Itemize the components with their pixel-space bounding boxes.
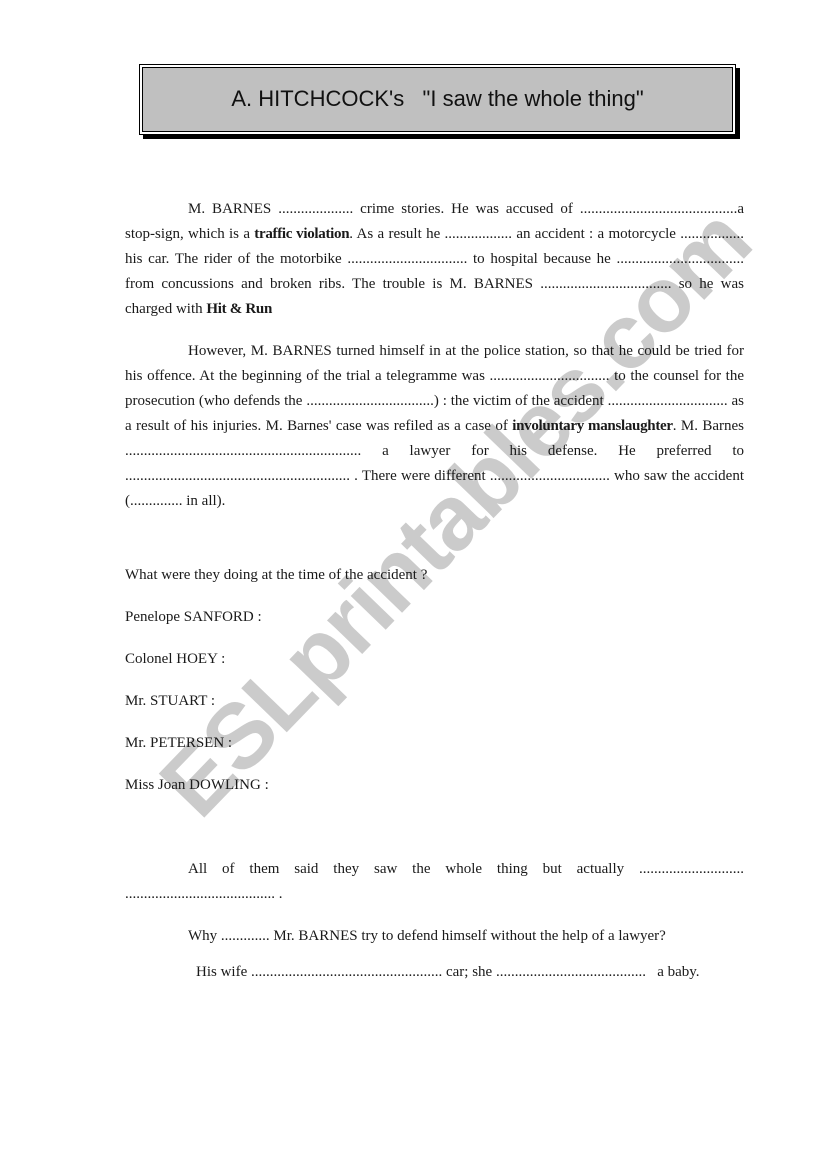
witness-petersen: Mr. PETERSEN : xyxy=(125,733,232,753)
conclusion-paragraph: All of them said they saw the whole thin… xyxy=(125,857,744,907)
title-box: A. HITCHCOCK's "I saw the whole thing" xyxy=(139,64,736,135)
worksheet-page: ESLprintables.com A. HITCHCOCK's "I saw … xyxy=(0,0,826,1169)
witness-sanford: Penelope SANFORD : xyxy=(125,607,262,627)
witness-dowling: Miss Joan DOWLING : xyxy=(125,775,269,795)
term-involuntary-manslaughter: involuntary manslaughter xyxy=(512,418,673,434)
why-question: Why ............. Mr. BARNES try to defe… xyxy=(188,926,666,946)
paragraph-1: M. BARNES .................... crime sto… xyxy=(125,197,744,322)
main-text: M. BARNES .................... crime sto… xyxy=(125,197,744,514)
page-title: A. HITCHCOCK's "I saw the whole thing" xyxy=(142,67,733,132)
question-heading: What were they doing at the time of the … xyxy=(125,565,427,585)
paragraph-2: However, M. BARNES turned himself in at … xyxy=(125,339,744,514)
witness-hoey: Colonel HOEY : xyxy=(125,649,225,669)
term-hit-and-run: Hit & Run xyxy=(206,301,272,317)
witness-stuart: Mr. STUART : xyxy=(125,691,215,711)
term-traffic-violation: traffic violation xyxy=(254,226,349,242)
wife-answer: His wife ...............................… xyxy=(196,962,700,982)
